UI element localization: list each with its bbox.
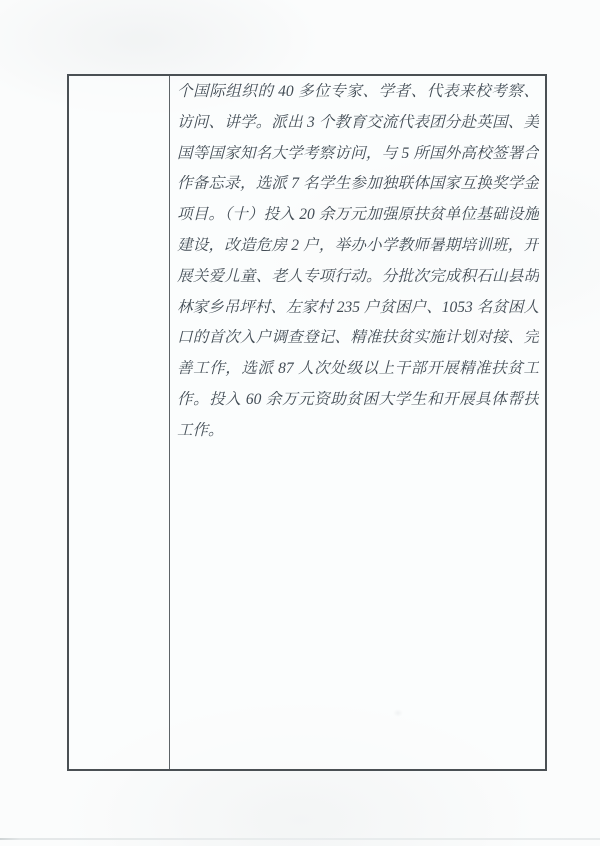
text-line: 作。投入 60 余万元资助贫困大学生和开展具体帮扶 [177,385,539,416]
text-line: 工作。 [177,416,539,447]
document-table: 个国际组织的 40 多位专家、学者、代表来校考察、 访问、讲学。派出 3 个教育… [67,74,547,771]
text-line: 建设，改造危房 2 户，举办小学教师暑期培训班，开 [177,231,539,262]
table-left-cell [69,76,170,769]
table-text-cell: 个国际组织的 40 多位专家、学者、代表来校考察、 访问、讲学。派出 3 个教育… [170,76,545,769]
text-line: 个国际组织的 40 多位专家、学者、代表来校考察、 [177,77,539,108]
text-line: 口的首次入户调查登记、精准扶贫实施计划对接、完 [177,323,539,354]
scanned-page: 个国际组织的 40 多位专家、学者、代表来校考察、 访问、讲学。派出 3 个教育… [0,0,600,846]
text-line: 善工作，选派 87 人次处级以上干部开展精准扶贫工 [177,354,539,385]
text-line: 访问、讲学。派出 3 个教育交流代表团分赴英国、美 [177,108,539,139]
text-line: 展关爱儿童、老人专项行动。分批次完成积石山县胡 [177,262,539,293]
text-line: 作备忘录，选派 7 名学生参加独联体国家互换奖学金 [177,169,539,200]
scan-artifact-line [0,838,600,840]
text-line: 国等国家知名大学考察访问，与 5 所国外高校签署合 [177,139,539,170]
text-line: 项目。（十）投入 20 余万元加强原扶贫单位基础设施 [177,200,539,231]
text-line: 林家乡吊坪村、左家村 235 户贫困户、1053 名贫困人 [177,293,539,324]
